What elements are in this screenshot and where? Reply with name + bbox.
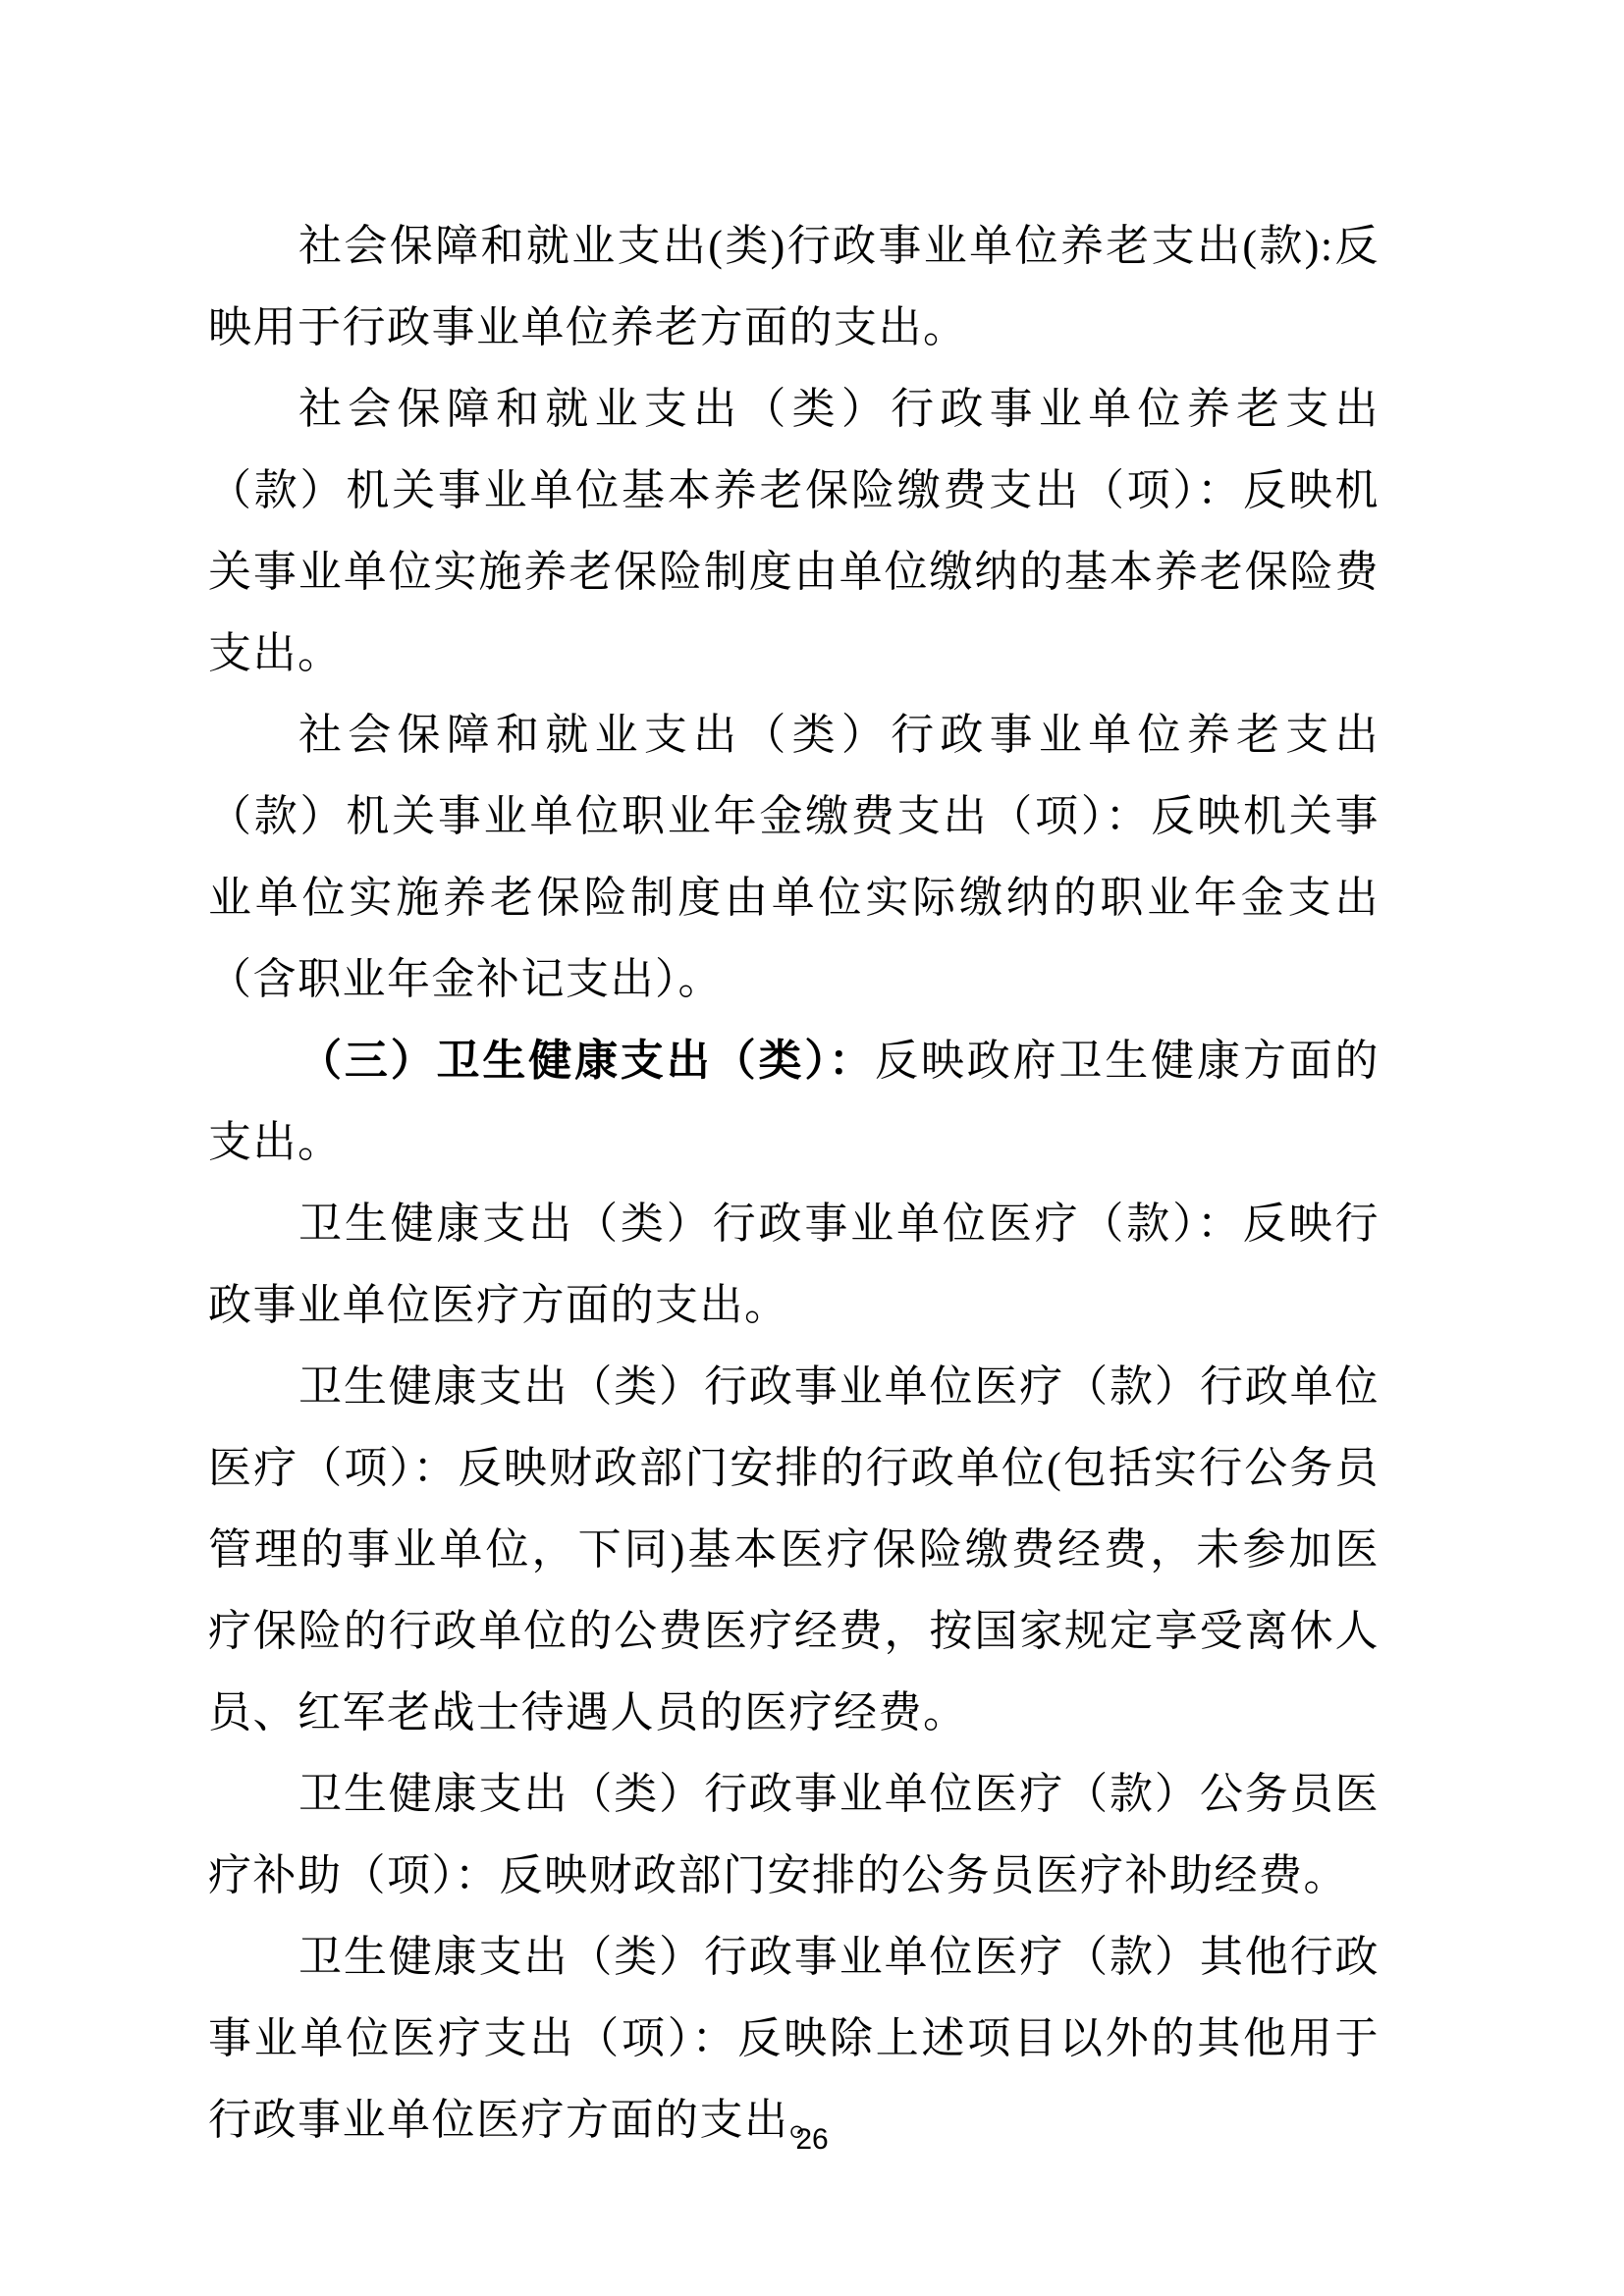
paragraph-text: 社会保障和就业支出（类）行政事业单位养老支出（款）机关事业单位基本养老保险缴费支… xyxy=(208,385,1380,677)
section-heading-bold: （三）卫生健康支出（类）： xyxy=(298,1037,875,1085)
paragraph-text: 社会保障和就业支出（类）行政事业单位养老支出（款）机关事业单位职业年金缴费支出（… xyxy=(208,711,1380,1003)
paragraph: 卫生健康支出（类）行政事业单位医疗（款）公务员医疗补助（项）：反映财政部门安排的… xyxy=(208,1753,1380,1916)
paragraph-text: 卫生健康支出（类）行政事业单位医疗（款）其他行政事业单位医疗支出（项）：反映除上… xyxy=(208,1933,1380,2144)
paragraph: 卫生健康支出（类）行政事业单位医疗（款）行政单位医疗（项）：反映财政部门安排的行… xyxy=(208,1346,1380,1753)
paragraph: 卫生健康支出（类）行政事业单位医疗（款）：反映行政事业单位医疗方面的支出。 xyxy=(208,1183,1380,1346)
paragraph: 社会保障和就业支出（类）行政事业单位养老支出（款）机关事业单位职业年金缴费支出（… xyxy=(208,694,1380,1020)
paragraph-text: 卫生健康支出（类）行政事业单位医疗（款）：反映行政事业单位医疗方面的支出。 xyxy=(208,1200,1380,1329)
paragraph: 社会保障和就业支出（类）行政事业单位养老支出（款）机关事业单位基本养老保险缴费支… xyxy=(208,368,1380,694)
paragraph-text: 卫生健康支出（类）行政事业单位医疗（款）行政单位医疗（项）：反映财政部门安排的行… xyxy=(208,1362,1380,1736)
paragraph: 社会保障和就业支出(类)行政事业单位养老支出(款):反映用于行政事业单位养老方面… xyxy=(208,205,1380,368)
page-number: 26 xyxy=(0,2123,1624,2157)
document-page: 社会保障和就业支出(类)行政事业单位养老支出(款):反映用于行政事业单位养老方面… xyxy=(0,0,1624,2296)
paragraph-text: 社会保障和就业支出(类)行政事业单位养老支出(款):反映用于行政事业单位养老方面… xyxy=(208,222,1380,351)
paragraph-text: 卫生健康支出（类）行政事业单位医疗（款）公务员医疗补助（项）：反映财政部门安排的… xyxy=(208,1770,1380,1899)
document-body-text: 社会保障和就业支出(类)行政事业单位养老支出(款):反映用于行政事业单位养老方面… xyxy=(208,205,1380,2161)
paragraph-section-heading: （三）卫生健康支出（类）：反映政府卫生健康方面的支出。 xyxy=(208,1020,1380,1183)
